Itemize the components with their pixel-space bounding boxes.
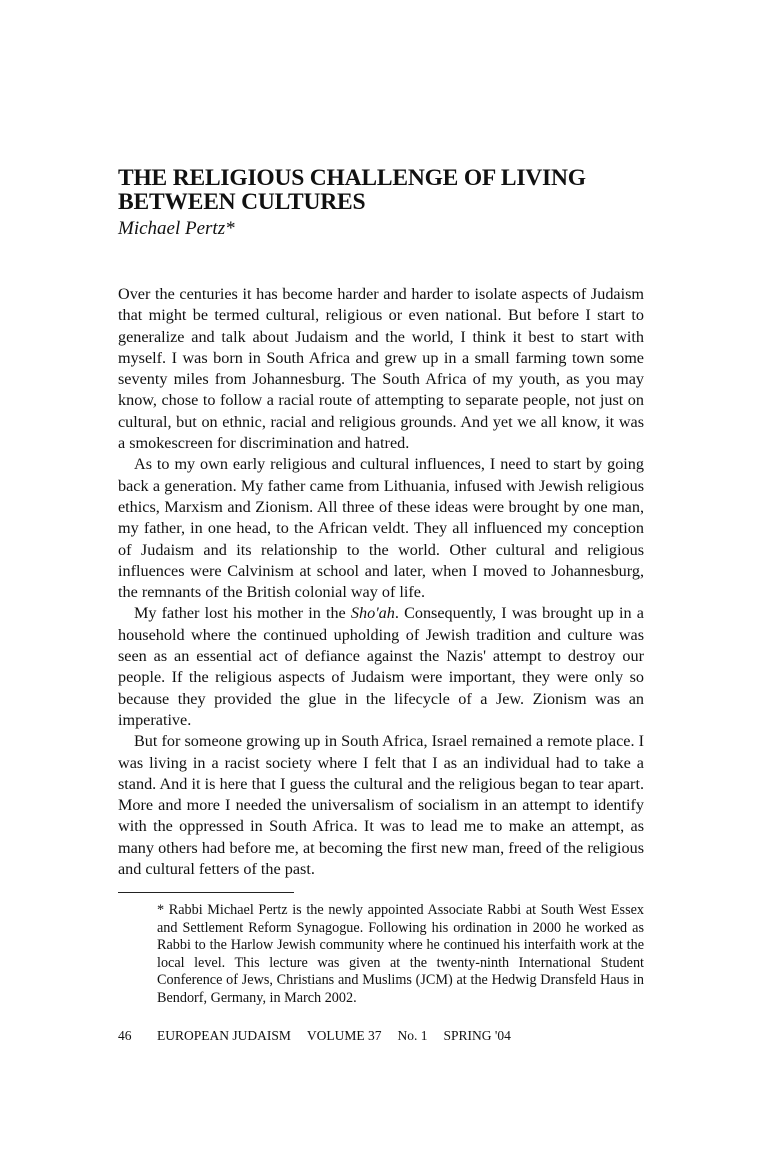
journal-season: SPRING '04: [444, 1028, 511, 1044]
article-title: THE RELIGIOUS CHALLENGE OF LIVING BETWEE…: [118, 166, 678, 214]
page-number: 46: [118, 1028, 157, 1044]
journal-name: EUROPEAN JUDAISM: [157, 1028, 291, 1044]
paragraph-4: But for someone growing up in South Afri…: [118, 731, 644, 880]
page-footer: 46EUROPEAN JUDAISMVOLUME 37No. 1SPRING '…: [118, 1028, 511, 1044]
paragraph-3: My father lost his mother in the Sho'ah.…: [118, 603, 644, 731]
paragraph-3-lead: My father lost his mother in the: [134, 604, 351, 622]
footnote-divider: [118, 892, 294, 893]
shoah-term: Sho'ah: [351, 604, 395, 622]
article-body: Over the centuries it has become harder …: [118, 284, 644, 880]
author-footnote: * Rabbi Michael Pertz is the newly appoi…: [157, 902, 644, 1008]
article-author: Michael Pertz*: [118, 218, 235, 240]
paragraph-1: Over the centuries it has become harder …: [118, 284, 644, 454]
paragraph-3-rest: . Consequently, I was brought up in a ho…: [118, 604, 644, 728]
paragraph-2: As to my own early religious and cultura…: [118, 454, 644, 603]
journal-issue: No. 1: [398, 1028, 428, 1044]
journal-volume: VOLUME 37: [307, 1028, 382, 1044]
